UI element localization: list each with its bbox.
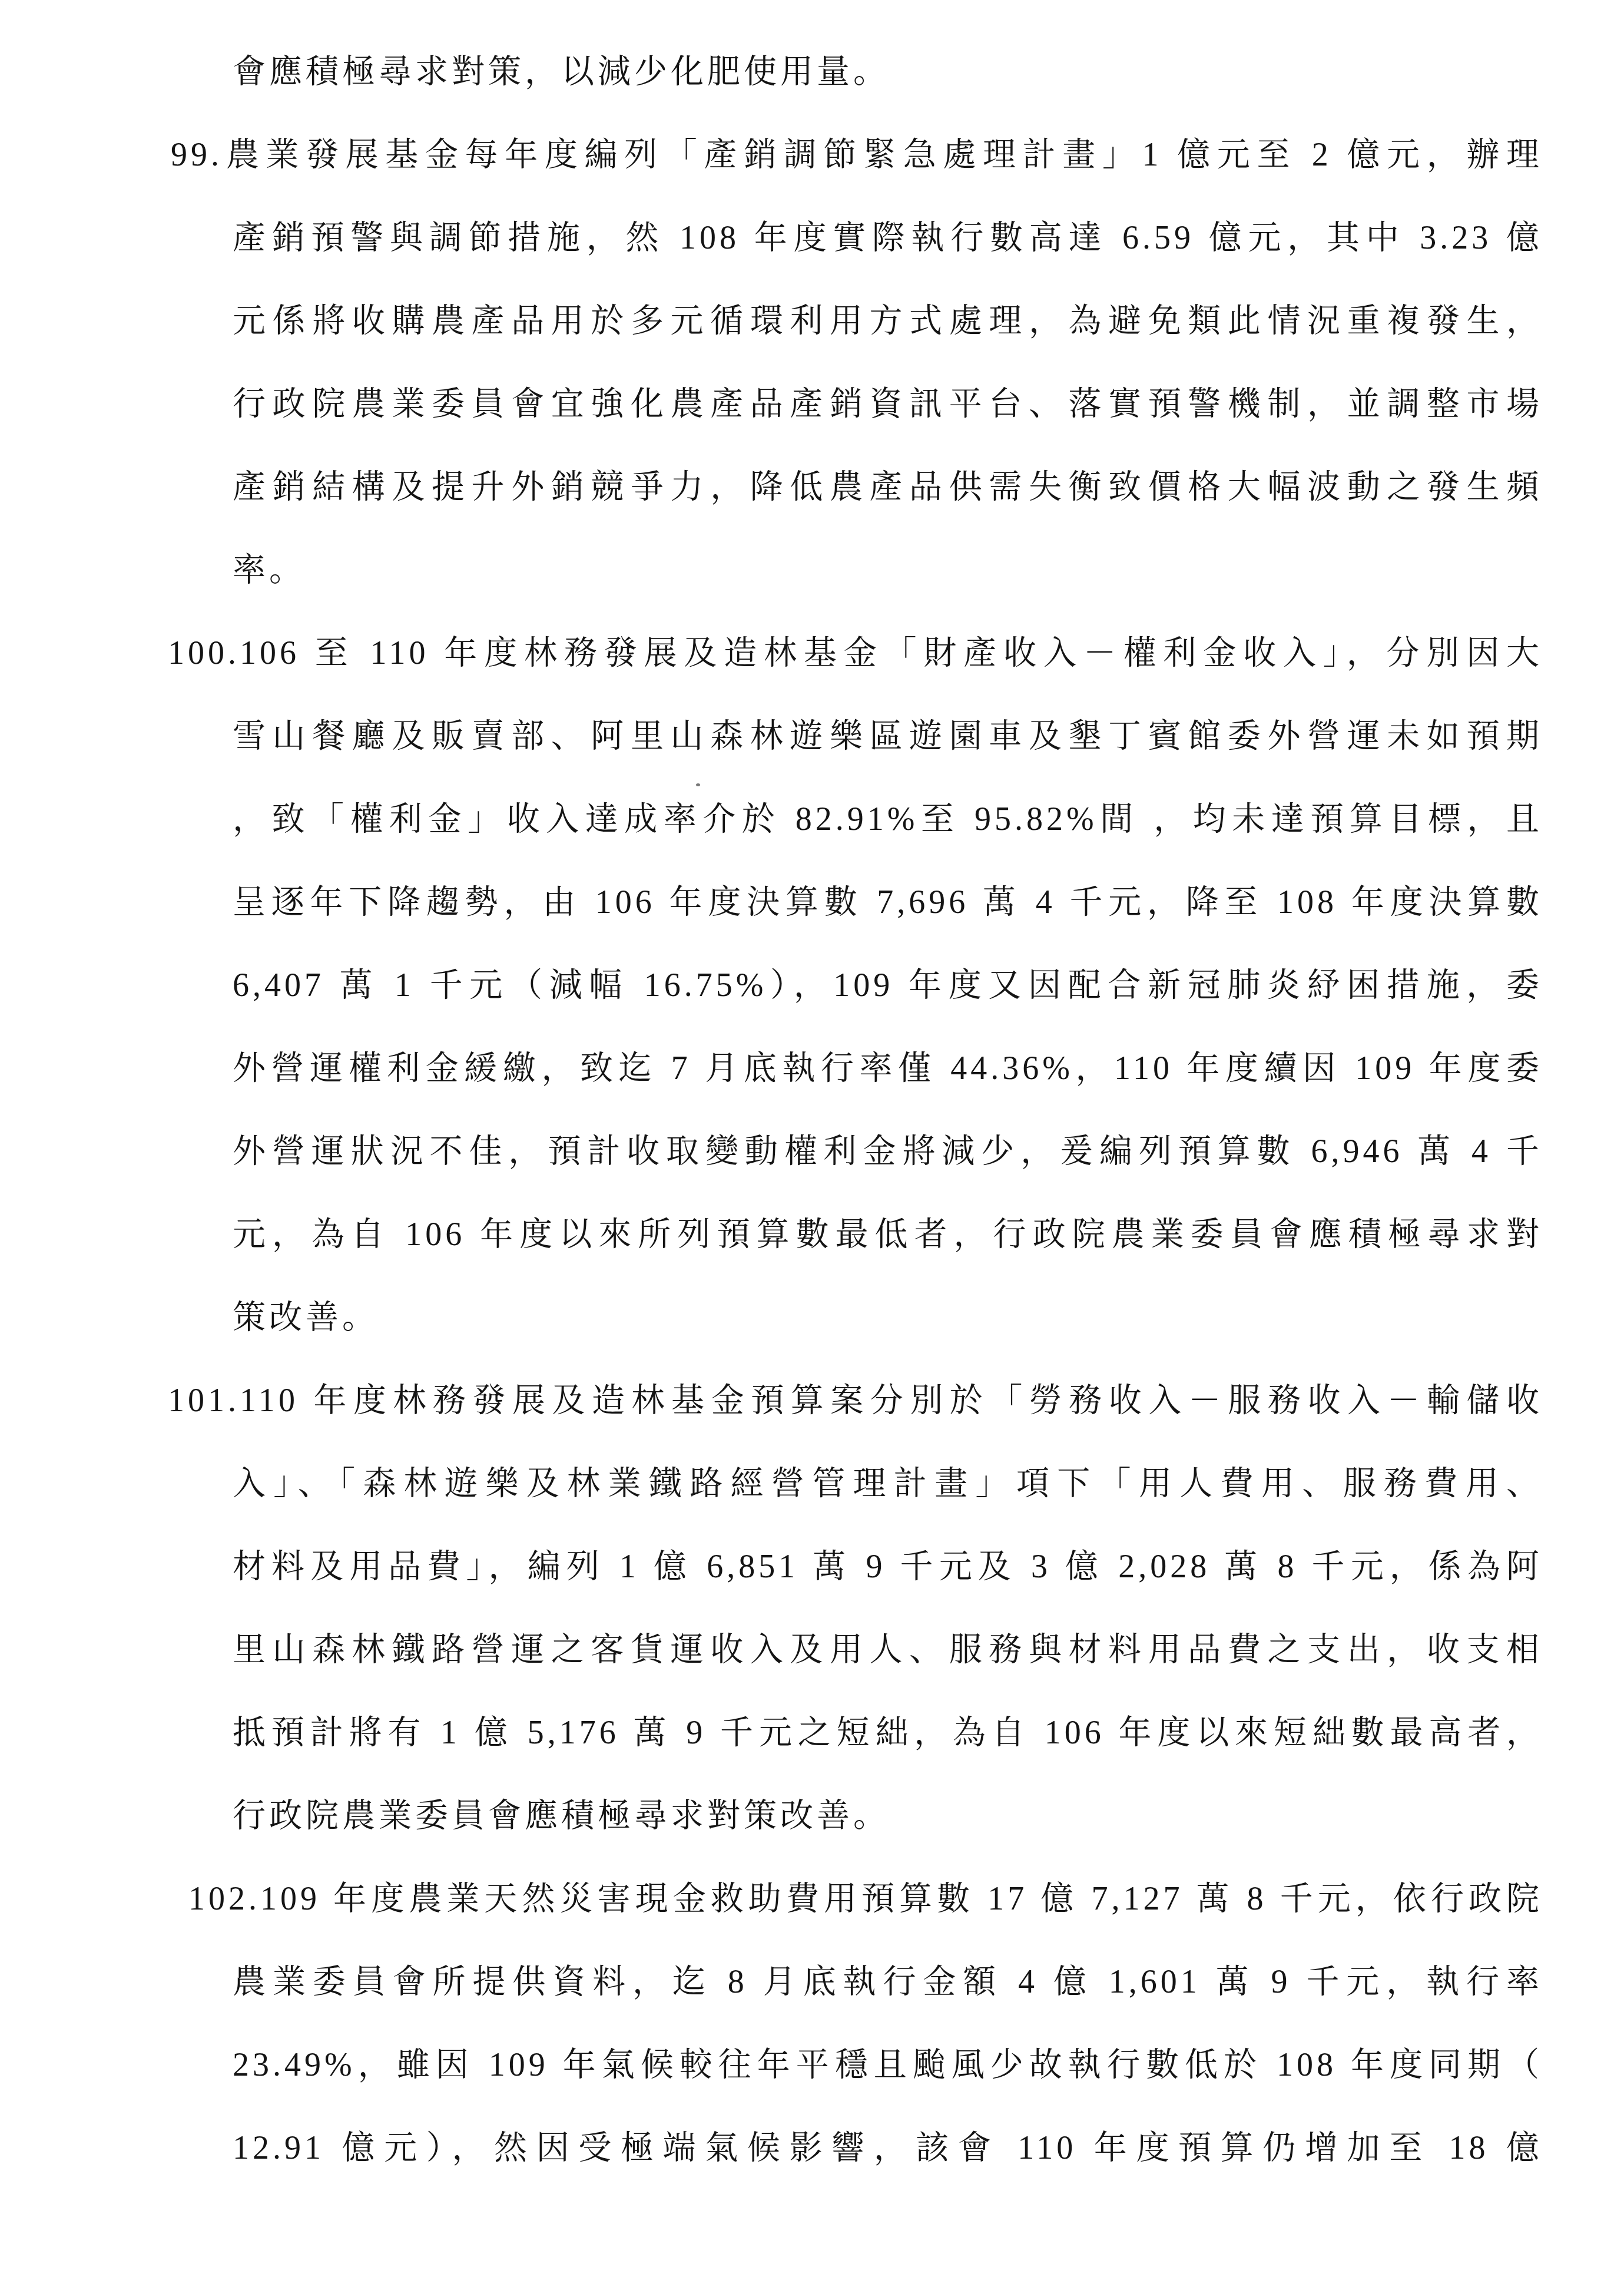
text-line: 外營運權利金緩繳，致迄 7 月底執行率僅 44.36%，110 年度續因 109… <box>233 1027 1543 1110</box>
document-page: 會應積極尋求對策，以減少化肥使用量。 99.農業發展基金每年度編列「產銷調節緊急… <box>0 0 1624 2280</box>
text-line: 行政院農業委員會應積極尋求對策改善。 <box>233 1775 1543 1858</box>
scan-speck <box>696 783 700 786</box>
text-line: 農業委員會所提供資料，迄 8 月底執行金額 4 億 1,601 萬 9 千元，執… <box>233 1941 1543 2024</box>
text-line: 呈逐年下降趨勢，由 106 年度決算數 7,696 萬 4 千元，降至 108 … <box>233 861 1543 944</box>
text-line: 元係將收購農產品用於多元循環利用方式處理，為避免類此情況重複發生， <box>233 280 1543 363</box>
paragraph-99-first-line: 99.農業發展基金每年度編列「產銷調節緊急處理計畫」1 億元至 2 億元，辦理 <box>171 114 1543 197</box>
text-line: 材料及用品費」，編列 1 億 6,851 萬 9 千元及 3 億 2,028 萬… <box>233 1525 1543 1609</box>
paragraph-101-first-line: 101.110 年度林務發展及造林基金預算案分別於「勞務收入－服務收入－輸儲收 <box>168 1359 1543 1442</box>
text-line: 外營運狀況不佳，預計收取變動權利金將減少，爰編列預算數 6,946 萬 4 千 <box>233 1110 1543 1193</box>
text-line: 里山森林鐵路營運之客貨運收入及用人、服務與材料用品費之支出，收支相 <box>233 1609 1543 1692</box>
text-line: 6,407 萬 1 千元（減幅 16.75%），109 年度又因配合新冠肺炎紓困… <box>233 944 1543 1027</box>
text-line: 產銷結構及提升外銷競爭力，降低農產品供需失衡致價格大幅波動之發生頻 <box>233 446 1543 529</box>
text-line: 23.49%，雖因 109 年氣候較往年平穩且颱風少故執行數低於 108 年度同… <box>233 2024 1543 2107</box>
text-line: 會應積極尋求對策，以減少化肥使用量。 <box>233 31 1543 114</box>
text-line: 入」、「森林遊樂及林業鐵路經營管理計畫」項下「用人費用、服務費用、 <box>233 1442 1543 1525</box>
text-line: 策改善。 <box>233 1276 1543 1359</box>
text-line: ，致「權利金」收入達成率介於 82.91%至 95.82%間 ，均未達預算目標，… <box>233 778 1543 861</box>
text-line: 元，為自 106 年度以來所列預算數最低者，行政院農業委員會應積極尋求對 <box>233 1193 1543 1276</box>
paragraph-102-first-line: 102.109 年度農業天然災害現金救助費用預算數 17 億 7,127 萬 8… <box>188 1858 1543 1941</box>
text-line: 行政院農業委員會宜強化農產品產銷資訊平台、落實預警機制，並調整市場 <box>233 363 1543 446</box>
text-line: 抵預計將有 1 億 5,176 萬 9 千元之短絀，為自 106 年度以來短絀數… <box>233 1692 1543 1775</box>
text-block: 會應積極尋求對策，以減少化肥使用量。 99.農業發展基金每年度編列「產銷調節緊急… <box>0 31 1624 2190</box>
text-line: 產銷預警與調節措施，然 108 年度實際執行數高達 6.59 億元，其中 3.2… <box>233 197 1543 280</box>
text-line: 12.91 億元），然因受極端氣候影響，該會 110 年度預算仍增加至 18 億 <box>233 2107 1543 2190</box>
text-line: 率。 <box>233 529 1543 612</box>
paragraph-100-first-line: 100.106 至 110 年度林務發展及造林基金「財產收入－權利金收入」，分別… <box>168 612 1543 695</box>
text-line: 雪山餐廳及販賣部、阿里山森林遊樂區遊園車及墾丁賓館委外營運未如預期 <box>233 695 1543 778</box>
